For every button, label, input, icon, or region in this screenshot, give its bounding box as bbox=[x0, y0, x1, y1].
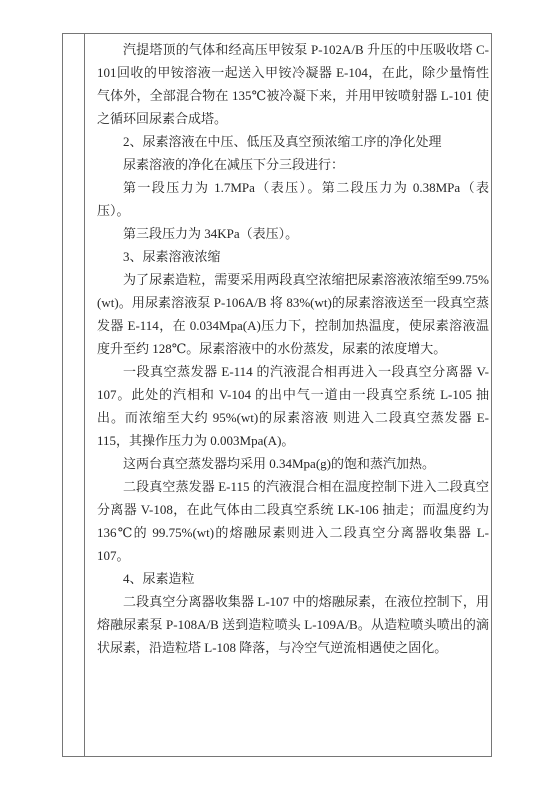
paragraph-10: 二段真空蒸发器 E-115 的汽液混合相在温度控制下进入二段真空分离器 V-10… bbox=[97, 475, 489, 567]
document-table-frame: 汽提塔顶的气体和经高压甲铵泵 P-102A/B 升压的中压吸收塔 C-101回收… bbox=[62, 33, 492, 757]
paragraph-11: 4、尿素造粒 bbox=[97, 567, 489, 590]
paragraph-12: 二段真空分离器收集器 L-107 中的熔融尿素，在液位控制下，用熔融尿素泵 P-… bbox=[97, 590, 489, 659]
paragraph-9: 这两台真空蒸发器均采用 0.34Mpa(g)的饱和蒸汽加热。 bbox=[97, 452, 489, 475]
table-content-cell: 汽提塔顶的气体和经高压甲铵泵 P-102A/B 升压的中压吸收塔 C-101回收… bbox=[85, 34, 491, 756]
paragraph-4: 第一段压力为 1.7MPa（表压）。第二段压力为 0.38MPa（表压）。 bbox=[97, 176, 489, 222]
paragraph-1: 汽提塔顶的气体和经高压甲铵泵 P-102A/B 升压的中压吸收塔 C-101回收… bbox=[97, 38, 489, 130]
paragraph-3: 尿素溶液的净化在减压下分三段进行： bbox=[97, 153, 489, 176]
paragraph-6: 3、尿素溶液浓缩 bbox=[97, 245, 489, 268]
paragraph-5: 第三段压力为 34KPa（表压）。 bbox=[97, 222, 489, 245]
paragraph-8: 一段真空蒸发器 E-114 的汽液混合相再进入一段真空分离器 V-107。此处的… bbox=[97, 360, 489, 452]
table-left-column bbox=[63, 34, 85, 756]
paragraph-7: 为了尿素造粒，需要采用两段真空浓缩把尿素溶液浓缩至99.75%(wt)。用尿素溶… bbox=[97, 268, 489, 360]
paragraph-2: 2、尿素溶液在中压、低压及真空预浓缩工序的净化处理 bbox=[97, 130, 489, 153]
